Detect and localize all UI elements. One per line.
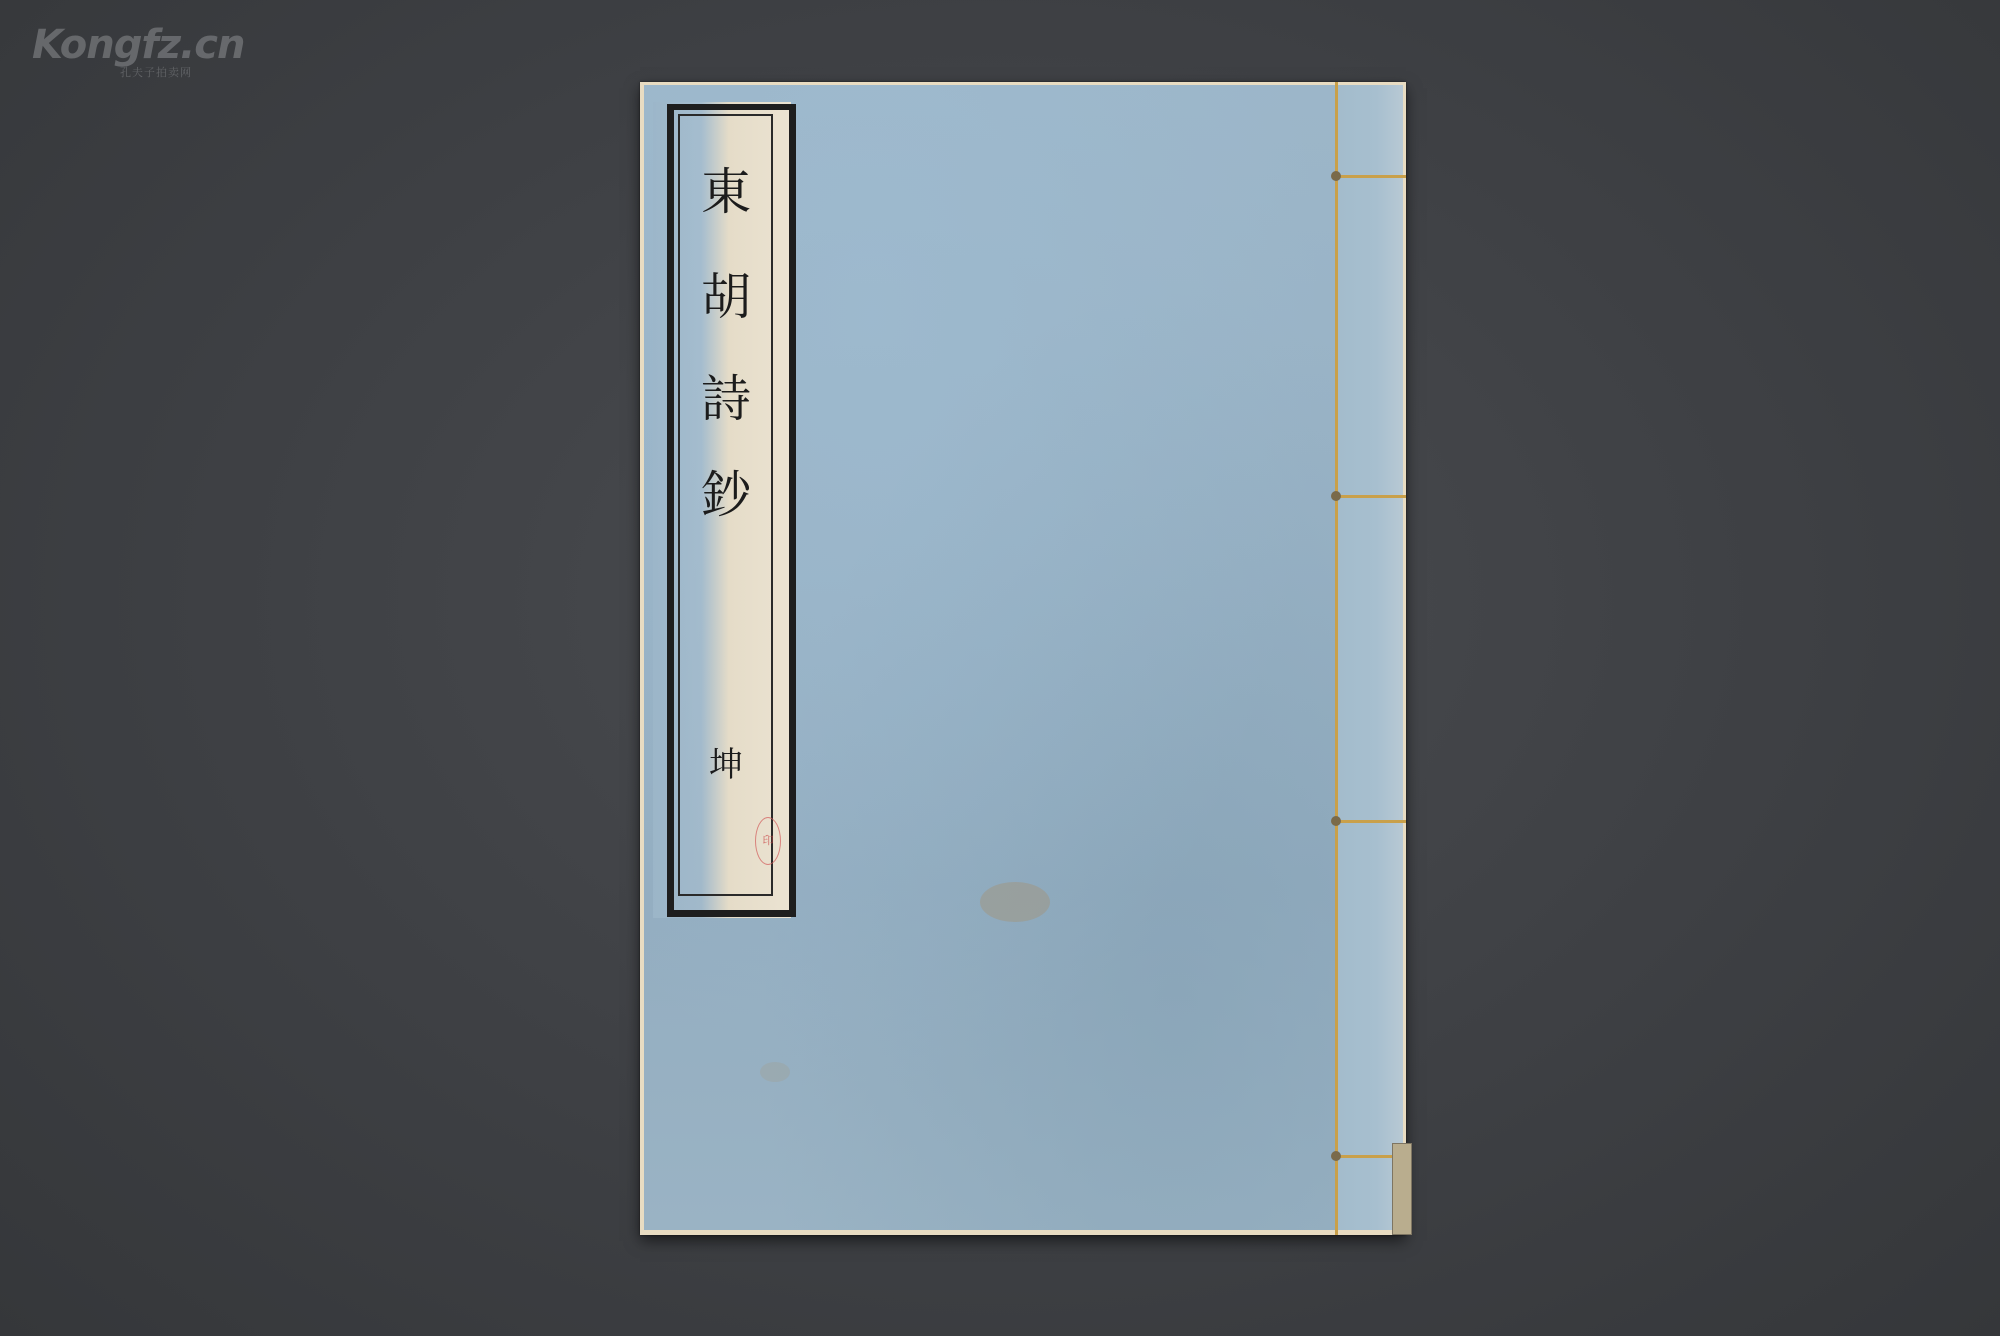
title-char-2: 胡 — [696, 272, 756, 322]
cover-stain — [980, 882, 1050, 922]
binding-hole — [1331, 1151, 1341, 1161]
binding-stitch-1 — [1335, 175, 1406, 178]
watermark-subtitle: 孔夫子拍卖网 — [120, 64, 192, 80]
title-char-3: 詩 — [696, 374, 756, 424]
binding-thread-vertical — [1335, 82, 1338, 1235]
binding-hole — [1331, 491, 1341, 501]
binding-hole — [1331, 816, 1341, 826]
volume-marker: 坤 — [706, 737, 746, 786]
worn-corner — [1392, 1143, 1412, 1235]
spine-strip — [1336, 85, 1403, 1230]
binding-stitch-2 — [1335, 495, 1406, 498]
book: 東 胡 詩 鈔 坤 印 — [640, 82, 1406, 1235]
red-seal-stamp: 印 — [755, 817, 781, 865]
watermark: Kongfz.cn 孔夫子拍卖网 — [22, 8, 192, 80]
binding-hole — [1331, 171, 1341, 181]
binding-stitch-3 — [1335, 820, 1406, 823]
title-char-1: 東 — [696, 167, 756, 217]
cover-stain — [760, 1062, 790, 1082]
watermark-brand: Kongfz.cn — [32, 22, 244, 68]
title-char-4: 鈔 — [696, 470, 756, 520]
